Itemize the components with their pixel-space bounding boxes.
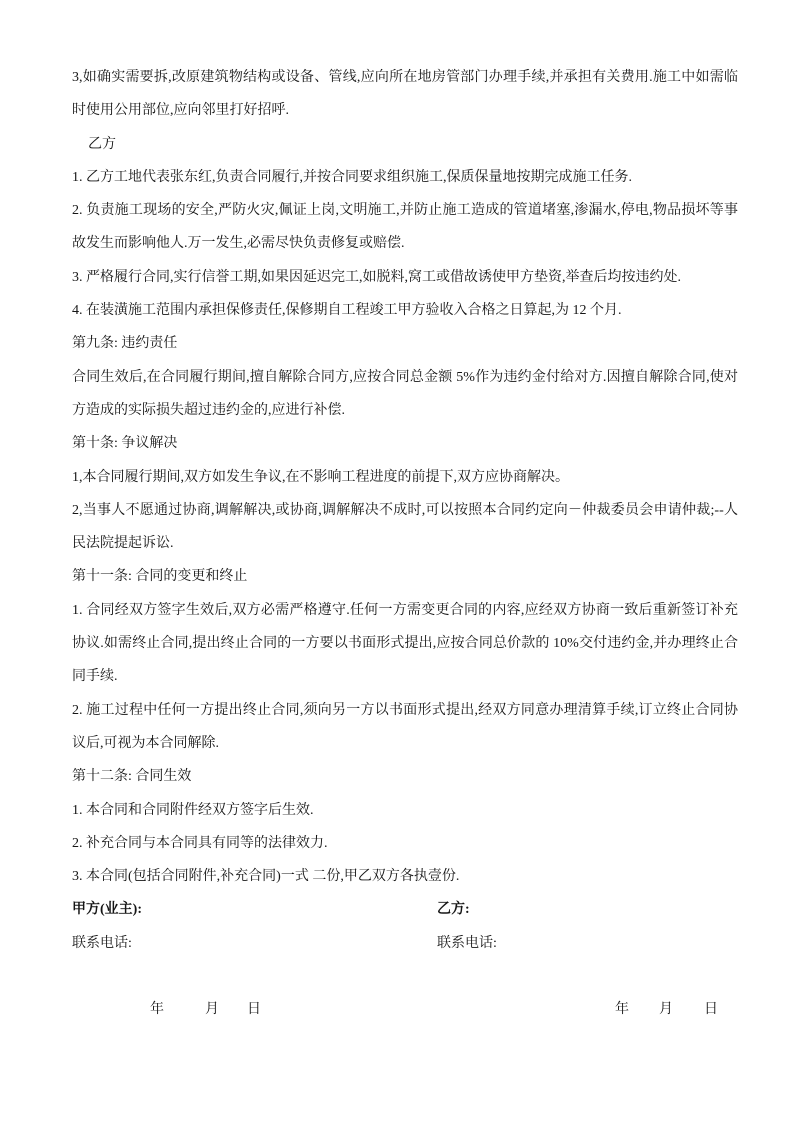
- article-11-item-2: 2. 施工过程中任何一方提出终止合同,须向另一方以书面形式提出,经双方同意办理清…: [72, 694, 738, 761]
- party-b-item-2: 2. 负责施工现场的安全,严防火灾,佩证上岗,文明施工,并防止施工造成的管道堵塞…: [72, 194, 738, 261]
- signature-parties-row: 甲方(业主): 乙方:: [72, 893, 738, 926]
- party-b-item-1: 1. 乙方工地代表张东红,负责合同履行,并按合同要求组织施工,保质保量地按期完成…: [72, 161, 738, 194]
- article-11-item-1: 1. 合同经双方签字生效后,双方必需严格遵守.任何一方需变更合同的内容,应经双方…: [72, 594, 738, 694]
- date-month-label-b: 月: [659, 1002, 673, 1017]
- article-11-heading: 第十一条: 合同的变更和终止: [72, 560, 738, 593]
- party-a-phone-label: 联系电话:: [72, 927, 437, 960]
- date-line-party-a: 年月日: [150, 993, 261, 1026]
- date-year-label-a: 年: [150, 1002, 164, 1017]
- clause-item-3-continued: 3,如确实需要拆,改原建筑物结构或设备、管线,应向所在地房管部门办理手续,并承担…: [72, 61, 738, 128]
- date-day-label-a: 日: [247, 1002, 261, 1017]
- party-a-signature-label: 甲方(业主):: [72, 893, 437, 926]
- article-12-item-2: 2. 补充合同与本合同具有同等的法律效力.: [72, 827, 738, 860]
- party-b-item-3: 3. 严格履行合同,实行信誉工期,如果因延迟完工,如脱料,窝工或借故诱使甲方垫资…: [72, 261, 738, 294]
- signature-phones-row: 联系电话: 联系电话:: [72, 927, 738, 960]
- party-b-signature-label: 乙方:: [437, 893, 470, 926]
- party-b-phone-label: 联系电话:: [437, 927, 497, 960]
- contract-document-page: 3,如确实需要拆,改原建筑物结构或设备、管线,应向所在地房管部门办理手续,并承担…: [0, 0, 793, 1122]
- article-9-heading: 第九条: 违约责任: [72, 327, 738, 360]
- article-12-item-3: 3. 本合同(包括合同附件,补充合同)一式 二份,甲乙双方各执壹份.: [72, 860, 738, 893]
- party-b-heading: 乙方: [72, 128, 738, 161]
- article-10-item-2: 2,当事人不愿通过协商,调解解决,或协商,调解解决不成时,可以按照本合同约定向－…: [72, 494, 738, 561]
- date-day-label-b: 日: [704, 1002, 718, 1017]
- date-line-party-b: 年月日: [615, 993, 718, 1026]
- date-month-label-a: 月: [205, 1002, 219, 1017]
- date-year-label-b: 年: [615, 1002, 629, 1017]
- party-b-item-4: 4. 在装潢施工范围内承担保修责任,保修期自工程竣工甲方验收入合格之日算起,为 …: [72, 294, 738, 327]
- signature-dates-row: 年月日 年月日: [72, 993, 738, 1026]
- article-10-item-1: 1,本合同履行期间,双方如发生争议,在不影响工程进度的前提下,双方应协商解决。: [72, 461, 738, 494]
- article-12-heading: 第十二条: 合同生效: [72, 760, 738, 793]
- article-9-body: 合同生效后,在合同履行期间,擅自解除合同方,应按合同总金额 5%作为违约金付给对…: [72, 361, 738, 428]
- article-10-heading: 第十条: 争议解决: [72, 427, 738, 460]
- article-12-item-1: 1. 本合同和合同附件经双方签字后生效.: [72, 794, 738, 827]
